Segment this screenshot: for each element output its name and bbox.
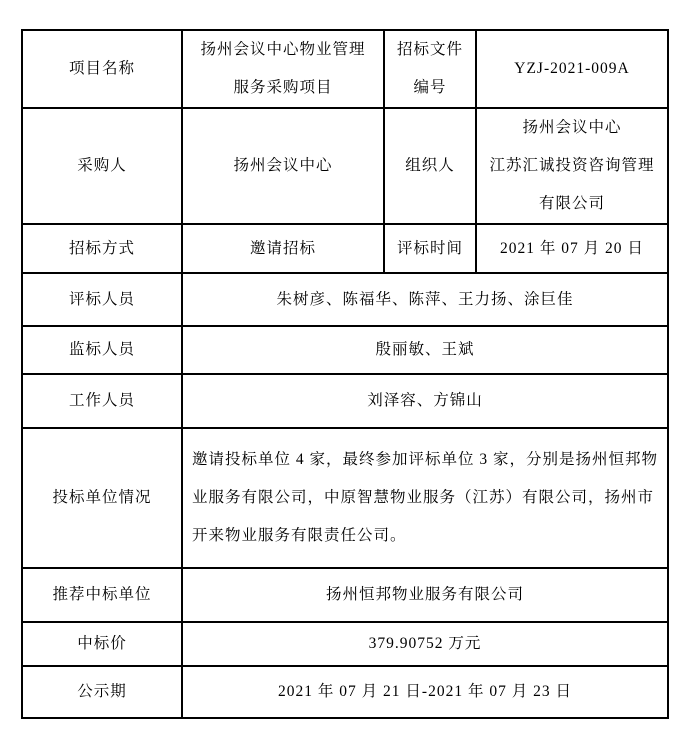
recommended-winner-value: 扬州恒邦物业服务有限公司 [182,568,668,622]
recommended-winner-label: 推荐中标单位 [22,568,182,622]
table-row-staff: 工作人员 刘泽容、方锦山 [22,374,668,428]
table-row-publicity-period: 公示期 2021 年 07 月 21 日-2021 年 07 月 23 日 [22,666,668,718]
bid-evaluation-result-table: 项目名称 扬州会议中心物业管理服务采购项目 招标文件编号 YZJ-2021-00… [21,29,669,719]
table-row-supervisors: 监标人员 殷丽敏、王斌 [22,326,668,374]
table-row-project-name: 项目名称 扬州会议中心物业管理服务采购项目 招标文件编号 YZJ-2021-00… [22,30,668,108]
project-name-value: 扬州会议中心物业管理服务采购项目 [182,30,384,108]
tender-method-value: 邀请招标 [182,224,384,273]
publicity-period-label: 公示期 [22,666,182,718]
staff-value: 刘泽容、方锦山 [182,374,668,428]
document-page: 项目名称 扬州会议中心物业管理服务采购项目 招标文件编号 YZJ-2021-00… [0,0,699,734]
project-name-label: 项目名称 [22,30,182,108]
table-row-winning-price: 中标价 379.90752 万元 [22,622,668,666]
table-row-evaluators: 评标人员 朱树彦、陈福华、陈萍、王力扬、涂巨佳 [22,273,668,326]
evaluators-value: 朱树彦、陈福华、陈萍、王力扬、涂巨佳 [182,273,668,326]
purchaser-value: 扬州会议中心 [182,108,384,224]
bidder-situation-label: 投标单位情况 [22,428,182,568]
table-row-tender-method: 招标方式 邀请招标 评标时间 2021 年 07 月 20 日 [22,224,668,273]
supervisors-label: 监标人员 [22,326,182,374]
evaluation-date-label: 评标时间 [384,224,476,273]
tender-method-label: 招标方式 [22,224,182,273]
table-row-recommended-winner: 推荐中标单位 扬州恒邦物业服务有限公司 [22,568,668,622]
staff-label: 工作人员 [22,374,182,428]
bidder-situation-value: 邀请投标单位 4 家，最终参加评标单位 3 家，分别是扬州恒邦物业服务有限公司，… [182,428,668,568]
winning-price-label: 中标价 [22,622,182,666]
purchaser-label: 采购人 [22,108,182,224]
evaluators-label: 评标人员 [22,273,182,326]
organizer-value: 扬州会议中心江苏汇诚投资咨询管理有限公司 [476,108,668,224]
tender-doc-number-value: YZJ-2021-009A [476,30,668,108]
winning-price-value: 379.90752 万元 [182,622,668,666]
table-row-bidder-situation: 投标单位情况 邀请投标单位 4 家，最终参加评标单位 3 家，分别是扬州恒邦物业… [22,428,668,568]
organizer-label: 组织人 [384,108,476,224]
evaluation-date-value: 2021 年 07 月 20 日 [476,224,668,273]
supervisors-value: 殷丽敏、王斌 [182,326,668,374]
tender-doc-number-label: 招标文件编号 [384,30,476,108]
publicity-period-value: 2021 年 07 月 21 日-2021 年 07 月 23 日 [182,666,668,718]
table-row-purchaser: 采购人 扬州会议中心 组织人 扬州会议中心江苏汇诚投资咨询管理有限公司 [22,108,668,224]
